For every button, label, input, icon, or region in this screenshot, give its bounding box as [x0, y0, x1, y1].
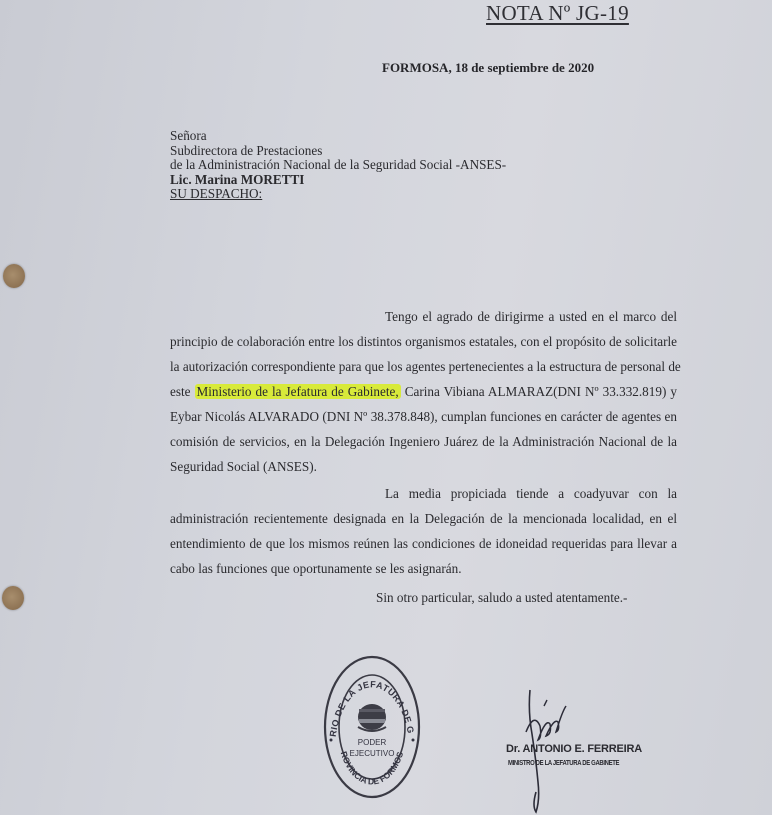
- recipient-block: Señora Subdirectora de Prestaciones de l…: [170, 129, 506, 202]
- recipient-salutation: Señora: [170, 129, 506, 144]
- paragraph-line-highlight: este Ministerio de la Jefatura de Gabine…: [170, 379, 677, 404]
- date-line: FORMOSA, 18 de septiembre de 2020: [382, 60, 594, 76]
- paragraph-line: La media propiciada tiende a coadyuvar c…: [170, 481, 677, 506]
- recipient-despacho: SU DESPACHO:: [170, 187, 506, 202]
- seal-center-line1: PODER: [358, 738, 387, 747]
- recipient-name: Lic. Marina MORETTI: [170, 173, 506, 188]
- paragraph-line: la autorización correspondiente para que…: [170, 354, 677, 379]
- closing-line: Sin otro particular, saludo a usted aten…: [376, 590, 627, 606]
- paragraph-line: administración recientemente designada e…: [170, 506, 677, 531]
- signatory-name: Dr. ANTONIO E. FERREIRA: [506, 743, 642, 755]
- paragraph-line: principio de colaboración entre los dist…: [170, 329, 677, 354]
- coat-of-arms-icon: [358, 704, 386, 731]
- paragraph-line: Seguridad Social (ANSES).: [170, 454, 677, 479]
- text-pre: este: [170, 384, 191, 399]
- note-number: NOTA Nº JG-19: [486, 1, 629, 26]
- recipient-organization: de la Administración Nacional de la Segu…: [170, 158, 506, 173]
- paragraph-2: La media propiciada tiende a coadyuvar c…: [170, 481, 677, 581]
- paragraph-1: Tengo el agrado de dirigirme a usted en …: [170, 304, 677, 479]
- paragraph-line: entendimiento de que los mismos reúnen l…: [170, 531, 677, 556]
- paragraph-line: Eybar Nicolás ALVARADO (DNI Nº 38.378.84…: [170, 404, 677, 429]
- official-seal: MINISTERIO DE LA JEFATURA DE GABINETE PR…: [322, 655, 422, 800]
- punch-hole-top: [3, 264, 25, 288]
- signatory-title: MINISTRO DE LA JEFATURA DE GABINETE: [508, 760, 619, 767]
- highlighted-text: Ministerio de la Jefatura de Gabinete,: [195, 384, 401, 399]
- paragraph-line: comisión de servicios, en la Delegación …: [170, 429, 677, 454]
- recipient-position: Subdirectora de Prestaciones: [170, 144, 506, 159]
- text-post: Carina Vibiana ALMARAZ(DNI Nº 33.332.819…: [405, 384, 677, 399]
- paragraph-line: cabo las funciones que oportunamente se …: [170, 556, 677, 581]
- punch-hole-bottom: [2, 586, 24, 610]
- seal-center-line2: EJECUTIVO: [350, 749, 395, 758]
- paragraph-line: Tengo el agrado de dirigirme a usted en …: [170, 304, 677, 329]
